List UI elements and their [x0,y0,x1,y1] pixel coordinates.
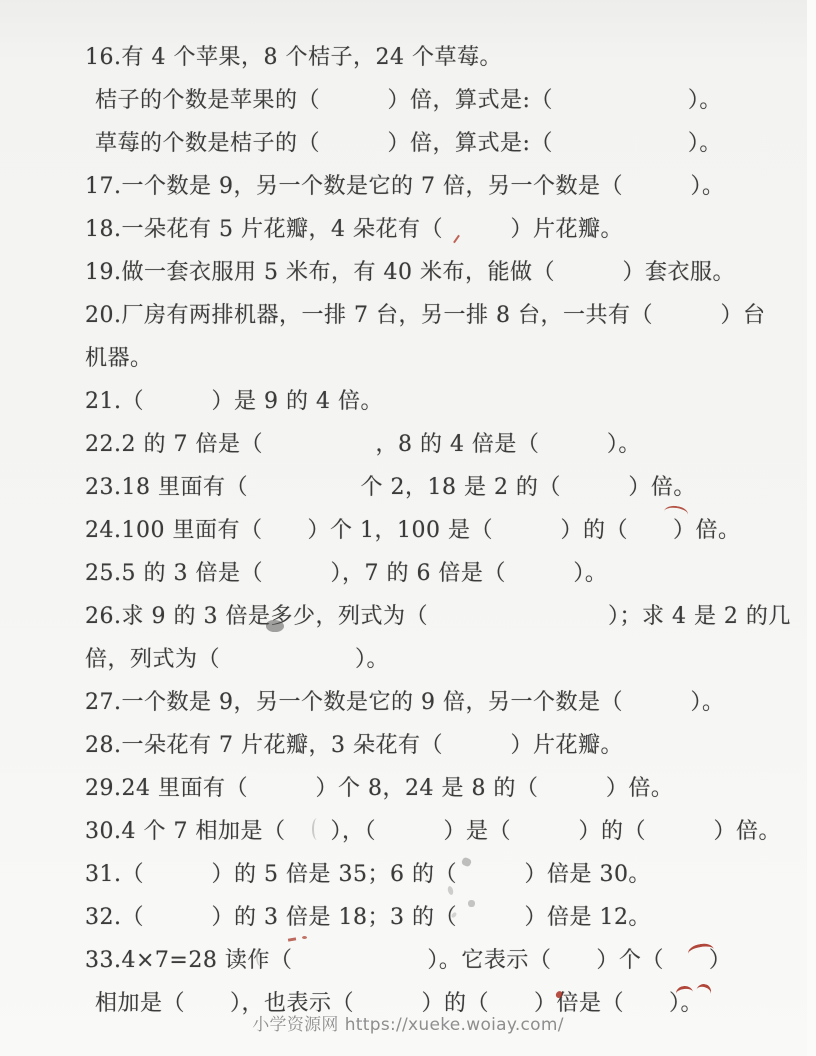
question-26: 26.求 9 的 3 倍是多少，列式为（ ）；求 4 是 2 的几 [85,595,816,638]
question-16: 16.有 4 个苹果，8 个桔子，24 个草莓。 [85,36,816,79]
watermark: 小学资源网https://xueke.woiay.com/ [0,1010,816,1035]
question-32: 32.（ ）的 3 倍是 18；3 的（ ）倍是 12。 [85,896,816,939]
question-30: 30.4 个 7 相加是（ ），（ ）是（ ）的（ ）倍。 [85,810,816,853]
question-list: 16.有 4 个苹果，8 个桔子，24 个草莓。 桔子的个数是苹果的（ ）倍，算… [85,36,816,1025]
question-27: 27.一个数是 9，另一个数是它的 9 倍，另一个数是（ ）。 [85,681,816,724]
question-33: 33.4×7=28 读作（ ）。它表示（ ）个（ ） [85,939,816,982]
question-16-sub-2: 草莓的个数是桔子的（ ）倍，算式是:（ ）。 [85,122,816,165]
watermark-site-name: 小学资源网 [252,1015,339,1035]
watermark-url: https://xueke.woiay.com/ [345,1015,564,1035]
question-28: 28.一朵花有 7 片花瓣，3 朵花有（ ）片花瓣。 [85,724,816,767]
question-31: 31.（ ）的 5 倍是 35；6 的（ ）倍是 30。 [85,853,816,896]
question-18: 18.一朵花有 5 片花瓣，4 朵花有（ ）片花瓣。 [85,208,816,251]
question-21: 21.（ ）是 9 的 4 倍。 [85,380,816,423]
worksheet-page: 16.有 4 个苹果，8 个桔子，24 个草莓。 桔子的个数是苹果的（ ）倍，算… [0,0,816,1056]
question-23: 23.18 里面有（ 个 2，18 是 2 的（ ）倍。 [85,466,816,509]
question-29: 29.24 里面有（ ）个 8，24 是 8 的（ ）倍。 [85,767,816,810]
question-19: 19.做一套衣服用 5 米布，有 40 米布，能做（ ）套衣服。 [85,251,816,294]
question-20: 20.厂房有两排机器，一排 7 台，另一排 8 台，一共有（ ）台 [85,294,816,337]
question-24: 24.100 里面有（ ）个 1，100 是（ ）的（ ）倍。 [85,509,816,552]
question-22: 22.2 的 7 倍是（ ，8 的 4 倍是（ ）。 [85,423,816,466]
question-26-cont: 倍，列式为（ ）。 [85,638,816,681]
question-16-sub-1: 桔子的个数是苹果的（ ）倍，算式是:（ ）。 [85,79,816,122]
question-17: 17.一个数是 9，另一个数是它的 7 倍，另一个数是（ ）。 [85,165,816,208]
question-20-cont: 机器。 [85,337,816,380]
question-25: 25.5 的 3 倍是（ ），7 的 6 倍是（ ）。 [85,552,816,595]
